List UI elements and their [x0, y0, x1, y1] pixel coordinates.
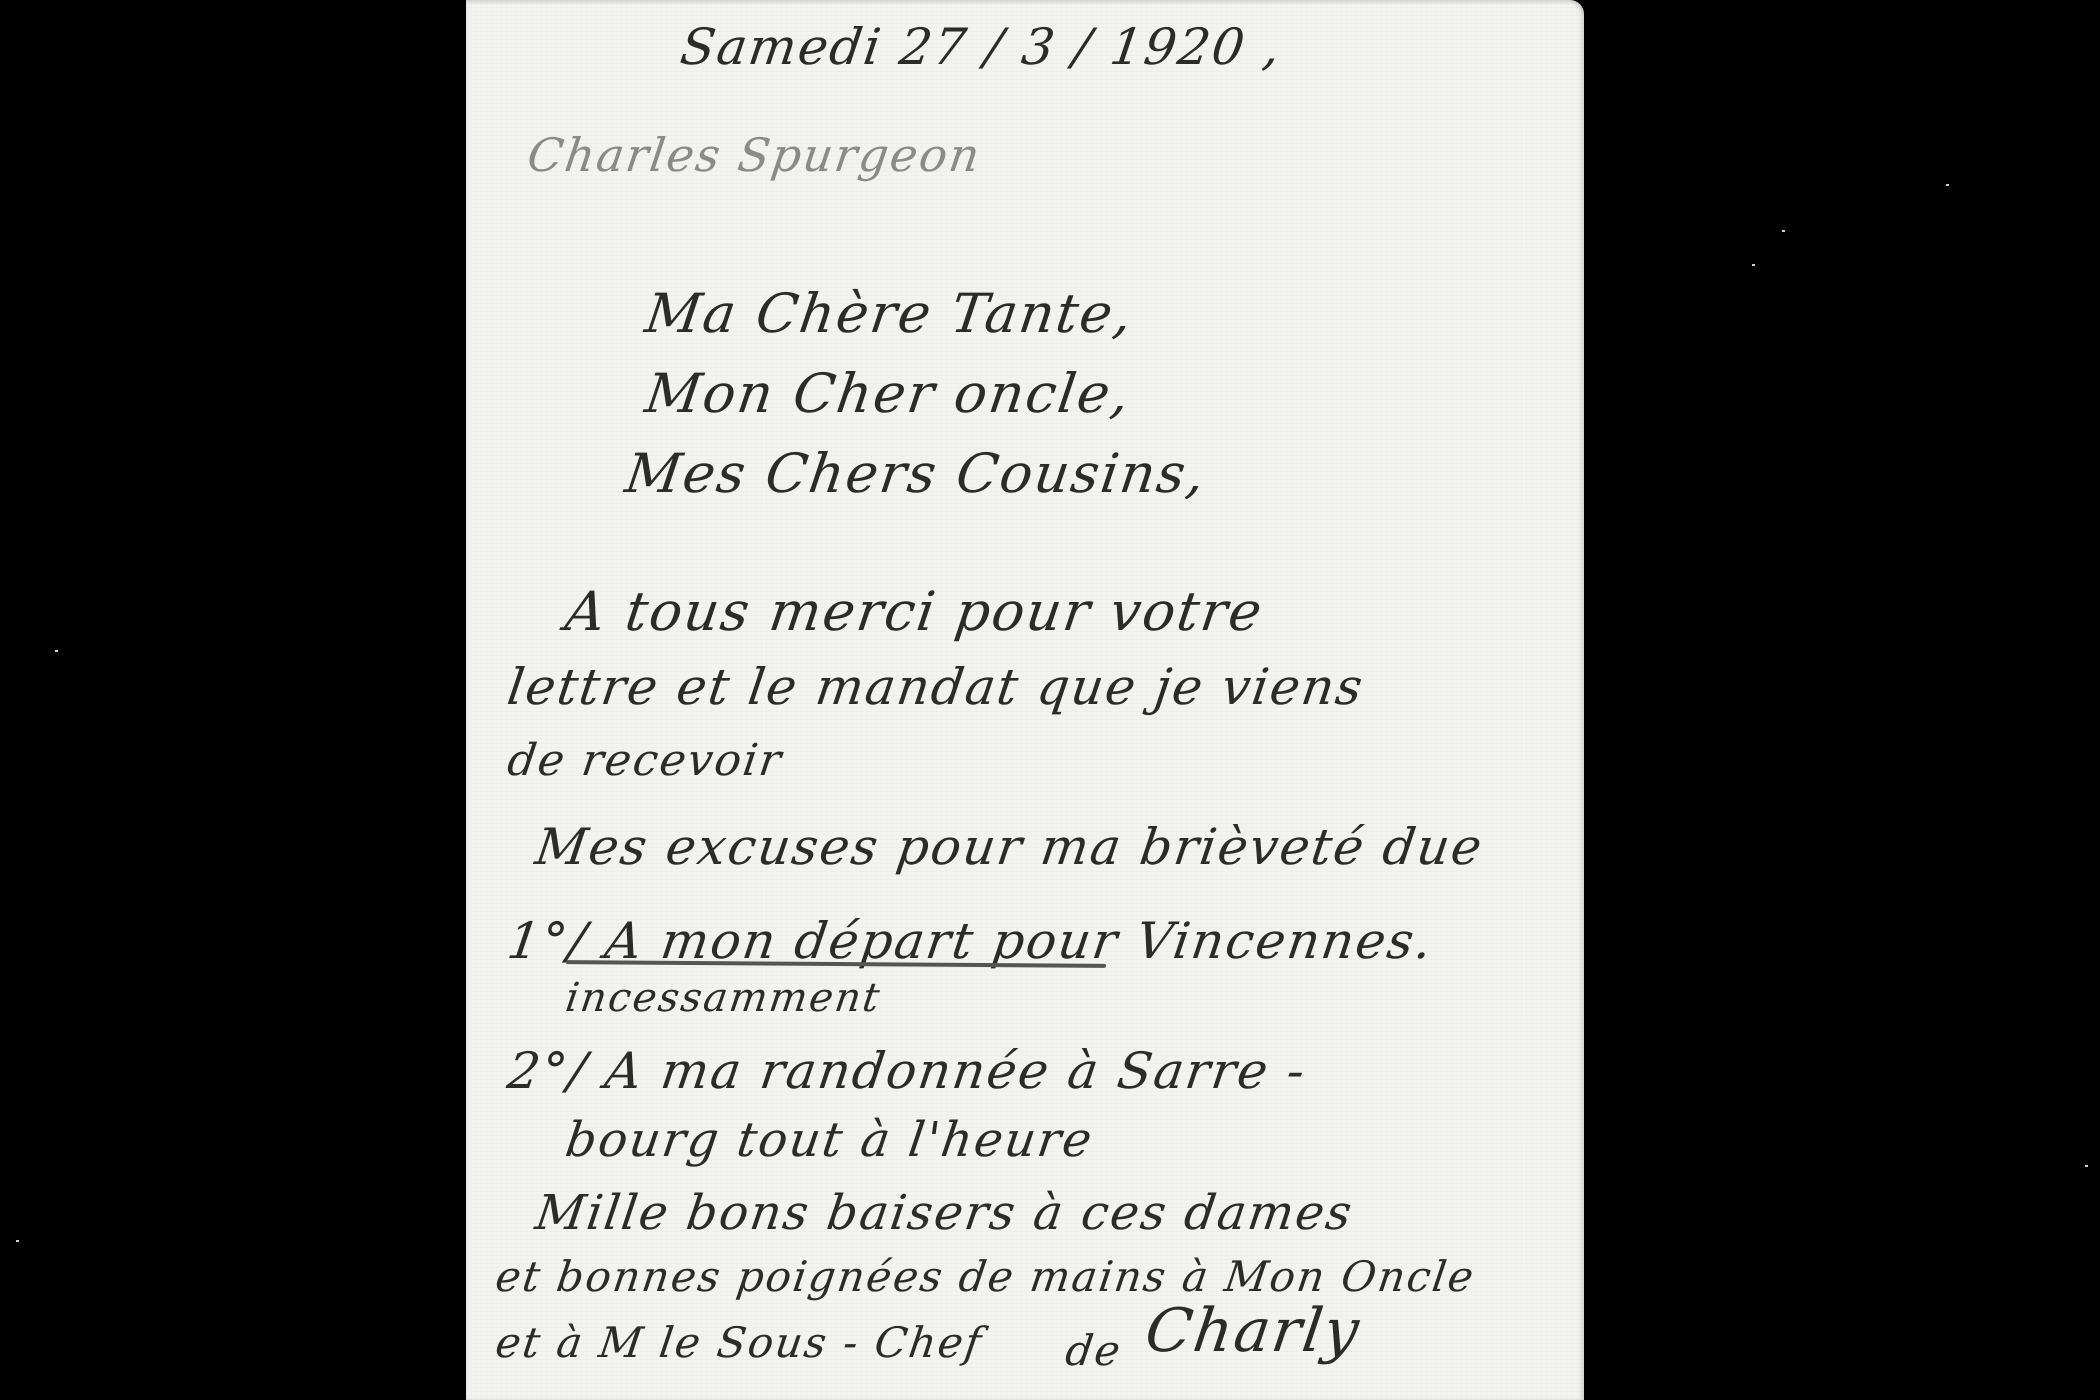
dust-speck — [1752, 264, 1755, 266]
body-line-6: incessamment — [563, 975, 884, 1021]
signature: Charly — [1141, 1296, 1365, 1366]
closing-line-1: Mille bons baisers à ces dames — [532, 1185, 1357, 1241]
dust-speck — [1946, 184, 1949, 186]
salutation-line-1: Ma Chère Tante, — [642, 282, 1138, 345]
salutation-line-2: Mon Cher oncle, — [642, 362, 1136, 425]
body-line-7-item-2: 2°/ A ma randonnée à Sarre - — [504, 1042, 1310, 1100]
date-line: Samedi 27 / 3 / 1920 , — [677, 18, 1286, 76]
closing-line-2: et bonnes poignées de mains à Mon Oncle — [493, 1252, 1479, 1301]
body-line-4: Mes excuses pour ma brièveté due — [532, 818, 1487, 876]
letter-paper: Samedi 27 / 3 / 1920 , Charles Spurgeon … — [466, 0, 1584, 1400]
closing-line-3: et à M le Sous - Chef — [493, 1318, 986, 1367]
body-line-1: A tous merci pour votre — [562, 580, 1268, 643]
dust-speck — [2085, 1165, 2088, 1167]
body-line-8: bourg tout à l'heure — [562, 1112, 1097, 1168]
dust-speck — [55, 650, 58, 652]
dust-speck — [16, 1240, 19, 1242]
salutation-line-3: Mes Chers Cousins, — [622, 442, 1211, 505]
body-line-2: lettre et le mandat que je viens — [504, 658, 1368, 716]
body-line-3: de recevoir — [504, 735, 786, 786]
signature-prefix: de — [1063, 1326, 1126, 1375]
dust-speck — [1782, 230, 1785, 232]
pencil-annotation-name: Charles Spurgeon — [524, 128, 985, 182]
